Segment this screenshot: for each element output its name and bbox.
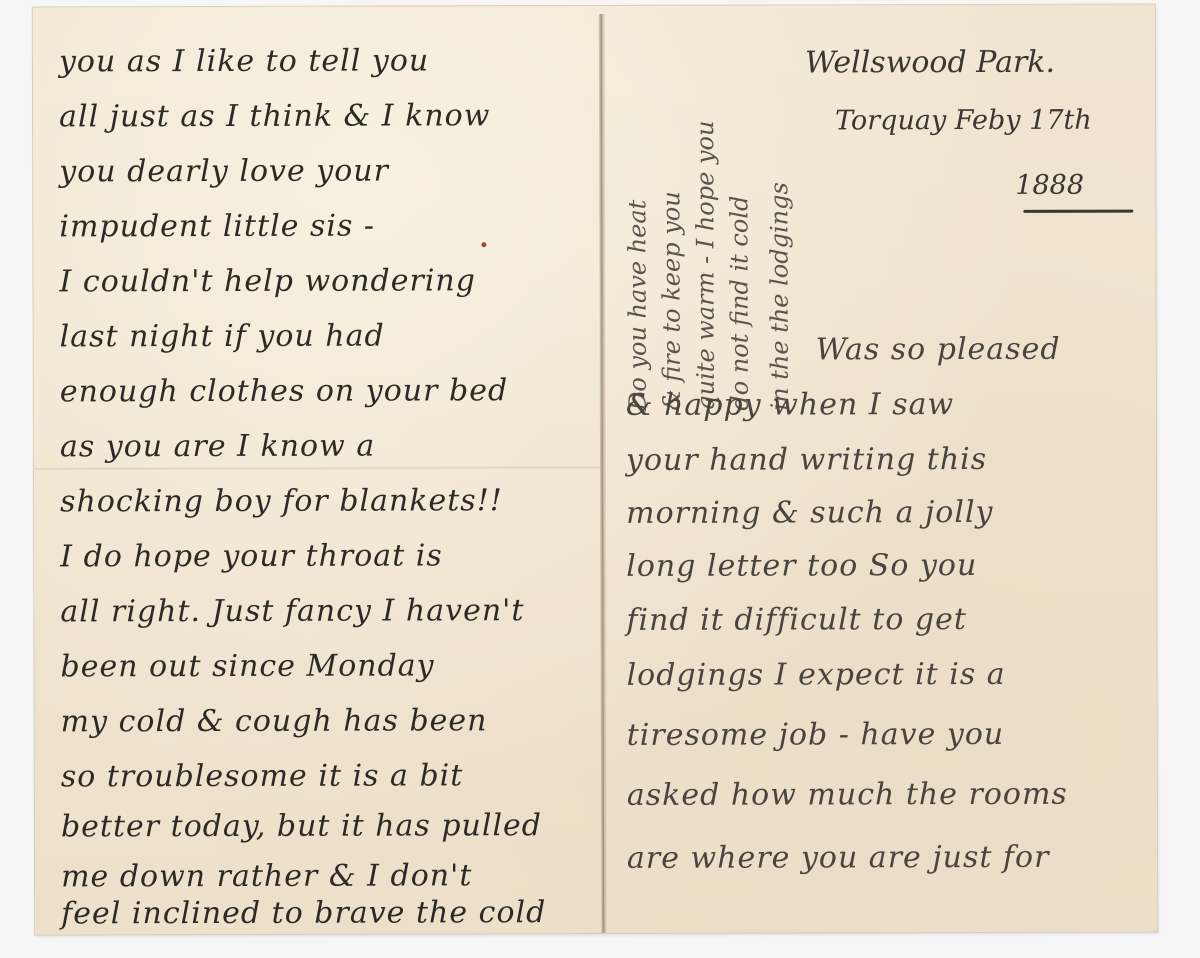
left-line-11: all right. Just fancy I haven't [60, 596, 524, 627]
left-line-15: better today, but it has pulled [61, 811, 542, 842]
right-line-10: are where you are just for [627, 843, 1049, 874]
left-line-7: enough clothes on your bed [60, 376, 508, 407]
right-line-3: your hand writing this [626, 445, 987, 476]
ink-spot [481, 242, 486, 247]
left-line-9: shocking boy for blankets!! [60, 486, 503, 517]
left-line-14: so troublesome it is a bit [61, 761, 464, 792]
left-line-6: last night if you had [60, 322, 385, 353]
cross-line-3: quite warm - I hope you [691, 121, 720, 411]
left-line-12: been out since Monday [60, 651, 434, 682]
left-line-4: impudent little sis - [59, 212, 375, 243]
right-line-2: & happy when I saw [626, 390, 954, 421]
right-line-6: find it difficult to get [626, 605, 967, 636]
left-line-17: feel inclined to brave the cold [61, 898, 546, 929]
left-line-2: all just as I think & I know [59, 101, 490, 132]
left-line-10: I do hope your throat is [60, 541, 443, 572]
right-line-1: Was so pleased [816, 335, 1061, 366]
letter-left-page: you as I like to tell you all just as I … [33, 6, 601, 934]
cross-line-5: in the the lodgings [765, 182, 794, 410]
left-line-13: my cold & cough has been [61, 706, 488, 737]
letter-address: Wellswood Park. [805, 45, 1055, 81]
left-line-1: you as I like to tell you [59, 46, 429, 77]
right-line-5: long letter too So you [626, 551, 977, 582]
left-line-3: you dearly love your [59, 157, 389, 188]
letter-right-page: Wellswood Park. Torquay Feby 17th 1888 D… [605, 5, 1157, 933]
right-line-9: asked how much the rooms [627, 780, 1068, 811]
letter-sheet: you as I like to tell you all just as I … [33, 5, 1157, 935]
cross-line-2: & fire to keep you [657, 191, 686, 411]
cross-line-4: do not find it cold [725, 196, 754, 411]
right-line-8: tiresome job - have you [627, 720, 1005, 751]
left-line-8: as you are I know a [60, 432, 375, 463]
cross-line-1: Do you have heat [623, 200, 652, 411]
left-line-5: I couldn't help wondering [59, 266, 475, 297]
letter-year: 1888 [1015, 170, 1084, 201]
right-line-7: lodgings I expect it is a [627, 660, 1006, 691]
paper-crease [34, 466, 600, 470]
right-line-4: morning & such a jolly [626, 498, 993, 529]
left-line-16: me down rather & I don't [61, 861, 472, 892]
year-underline [1023, 210, 1133, 213]
letter-date: Torquay Feby 17th [835, 105, 1092, 137]
